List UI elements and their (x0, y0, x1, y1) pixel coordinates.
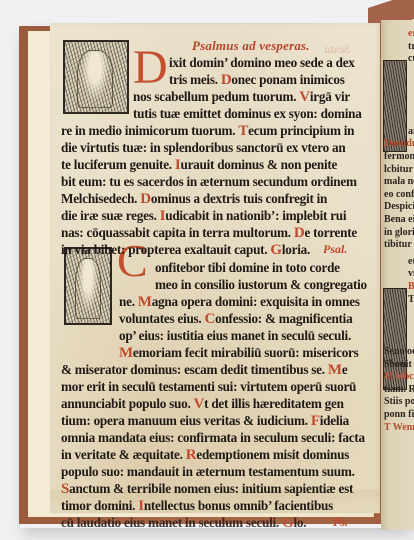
text-line: tutis tuæ emittet dominus ex syon: domin… (133, 106, 362, 121)
initial-d: D (133, 44, 168, 92)
text-line: bit eum: tu es sacerdos in æternum secun… (61, 174, 357, 189)
right-page: er tri cu ancbes fu Doendus fermones fc … (381, 20, 414, 530)
text-line: meo in consilio iustorum & congregatio (155, 277, 367, 292)
text-line: re in medio inimicorum tuorum. Tecum pri… (61, 123, 354, 139)
text-line: Melchisedech. Dominus a dextris tuis con… (61, 191, 327, 207)
text-line: Memoriam fecit mirabiliū suorū: miseri… (119, 345, 359, 361)
text-line: op’ eius: iustitia eius manet in seculū… (119, 328, 351, 343)
text-line: tium: opera manuum eius veritas & iudici… (61, 413, 349, 429)
text-line: te luciferum genuite. Iurauit dominus & … (61, 157, 337, 173)
text-line: omnia mandata eius: confirmata in seculu… (61, 430, 365, 445)
text-line: die virtutis tuæ: in splendoribus sancto… (61, 140, 345, 155)
text-line: Sanctum & terribile nomen eius: initium … (61, 481, 353, 497)
photo-scene: er tri cu ancbes fu Doendus fermones fc … (0, 0, 414, 540)
woodcut-figure (75, 258, 101, 319)
woodcut-figure (77, 50, 113, 108)
woodcut-king-david-icon (63, 40, 129, 114)
text-line: mor erit in seculū testamenti sui: virt… (61, 379, 356, 394)
text-line: onfitebor tibi domine in toto corde (155, 260, 340, 275)
text-line: ne. Magna opera domini: exquisita in omn… (119, 294, 360, 310)
text-line: nas: cōquassabit capita in terra multor… (61, 225, 357, 241)
text-line: die iræ suæ reges. Iudicabit in nationib… (61, 208, 346, 224)
text-line: & miserator dominus: escam dedit timenti… (61, 362, 347, 378)
text-line: in veritate & æquitate. Redemptionem mis… (61, 447, 349, 463)
text-line: cū laudatio eius manet in seculum secul… (61, 515, 306, 531)
text-line: annunciabit populo suo. Vt det illis hær… (61, 396, 344, 412)
text-line: in via bibet: propterea exaltauit caput.… (61, 242, 310, 258)
right-page-text: er tri cu ancbes fu Doendus fermones fc … (384, 28, 414, 434)
psalm-heading: Psalmus ad vesperas. (192, 38, 310, 54)
psalm-marker: Ps. (333, 515, 348, 530)
text-line: voluntates eius. Confessio: & magnificen… (119, 311, 352, 327)
text-line: nos scabellum pedum tuorum. Virgā vir (133, 89, 350, 105)
woodcut-figures-icon (64, 247, 112, 325)
text-line: populo suo: mandauit in æternum testamen… (61, 464, 355, 479)
psalm-marker: Psal. (323, 242, 347, 257)
text-line: ixit domin’ domino meo sede a dex (169, 55, 355, 70)
text-line: timor domini. Intellectus bonus omnib’ f… (61, 498, 333, 514)
text-line: tris meis. Donec ponam inimicos (169, 72, 345, 88)
